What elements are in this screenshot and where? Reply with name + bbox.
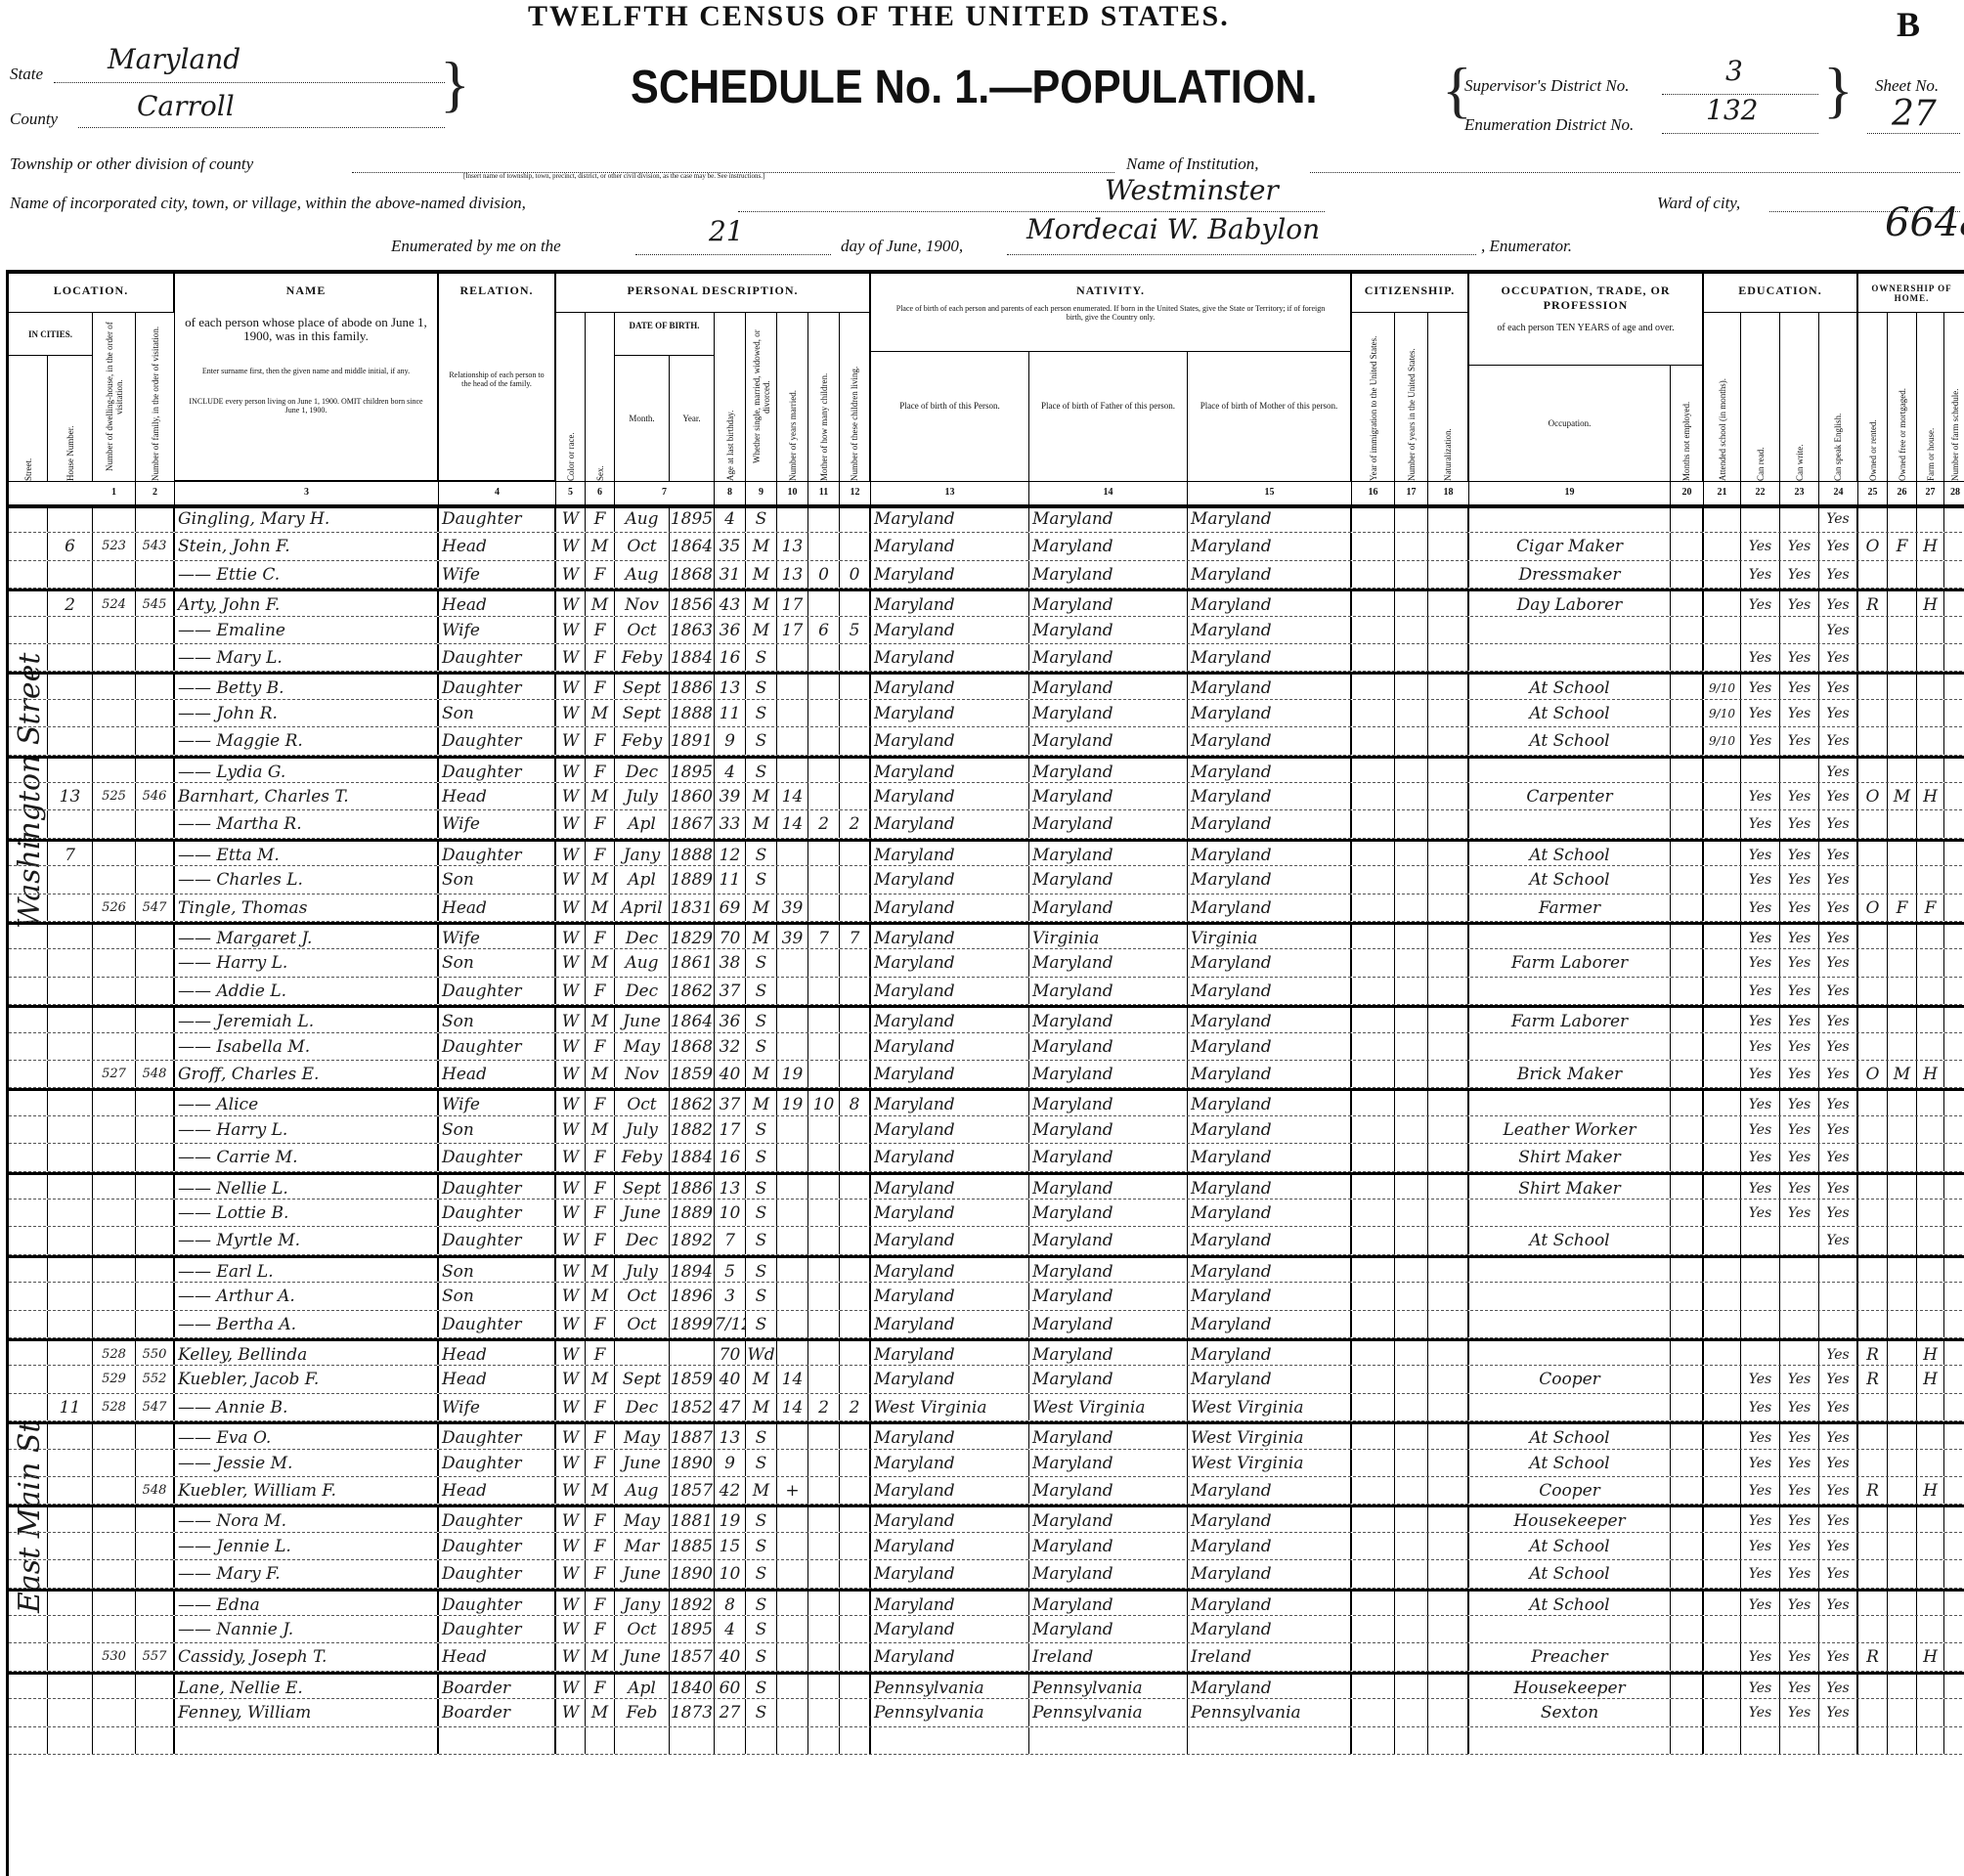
cell-name: —— Maggie R. — [175, 727, 439, 754]
cell-birthplace-mother: Ireland — [1188, 1643, 1352, 1670]
cell-owned-rented — [1858, 561, 1888, 588]
cell-relation: Wife — [439, 925, 556, 948]
cell-relation: Son — [439, 1116, 556, 1143]
cell-marital: S — [746, 1008, 777, 1031]
cell-years-married — [777, 1424, 808, 1448]
cell-can-write — [1780, 1283, 1819, 1309]
cell-birthplace-father: Maryland — [1029, 1008, 1188, 1031]
table-row[interactable]: Gingling, Mary H. Daughter W F Aug 1895 … — [9, 505, 1964, 533]
group-location: LOCATION. — [9, 274, 175, 313]
cell-house-number — [48, 700, 93, 726]
cell-can-read: Yes — [1741, 644, 1780, 671]
cell-farm-house — [1917, 1507, 1944, 1531]
cell-immigration — [1352, 1592, 1395, 1615]
cell-birthplace-father: Maryland — [1029, 1227, 1188, 1253]
cell-children-living — [840, 1227, 871, 1253]
enumerated-day-value: 21 — [709, 215, 744, 247]
table-row[interactable]: —— Lydia G. Daughter W F Dec 1895 4 S Ma… — [9, 756, 1964, 783]
cell-name: Fenney, William — [175, 1699, 439, 1725]
cell-street — [9, 1258, 48, 1282]
cell-can-read — [1741, 1341, 1780, 1365]
cell-can-read: Yes — [1741, 1533, 1780, 1559]
cell-mother-of — [808, 1144, 840, 1170]
cell-dwelling — [93, 617, 136, 643]
cell-age: 4 — [715, 505, 746, 532]
cell-owned-free: M — [1888, 1061, 1917, 1087]
cell-age: 9 — [715, 1450, 746, 1476]
table-row[interactable]: —— Jessie M. Daughter W F June 1890 9 S … — [9, 1450, 1964, 1477]
cell-marital — [746, 1727, 777, 1754]
cell-months-unemployed — [1671, 700, 1704, 726]
cell-owned-rented: O — [1858, 894, 1888, 921]
cell-birthplace-mother: Maryland — [1188, 1144, 1352, 1170]
cell-color: W — [556, 866, 586, 893]
institution-label: Name of Institution, — [1126, 154, 1259, 174]
cell-farm-house — [1917, 1699, 1944, 1725]
table-row[interactable]: —— Earl L. Son W M July 1894 5 S Marylan… — [9, 1255, 1964, 1283]
cell-marital: S — [746, 1311, 777, 1337]
header-birth-mother: Place of birth of Mother of this person. — [1188, 352, 1352, 481]
table-row[interactable]: 6 523 543 Stein, John F. Head W M Oct 18… — [9, 533, 1964, 560]
cell-can-speak: Yes — [1819, 1144, 1858, 1170]
cell-name: —— Jeremiah L. — [175, 1008, 439, 1031]
cell-house-number — [48, 894, 93, 921]
cell-farm-schedule — [1944, 1200, 1964, 1226]
cell-months-unemployed — [1671, 1283, 1704, 1309]
cell-dwelling: 527 — [93, 1061, 136, 1087]
table-row[interactable]: —— Isabella M. Daughter W F May 1868 32 … — [9, 1033, 1964, 1061]
cell-age: 7/12 — [715, 1311, 746, 1337]
cell-occupation: At School — [1469, 1560, 1671, 1587]
cell-dwelling — [93, 1175, 136, 1199]
cell-name: —— Harry L. — [175, 1116, 439, 1143]
cell-can-read — [1741, 1258, 1780, 1282]
table-row[interactable]: —— Addie L. Daughter W F Dec 1862 37 S M… — [9, 978, 1964, 1005]
city-label: Name of incorporated city, town, or vill… — [10, 194, 526, 213]
table-row[interactable]: 13 525 546 Barnhart, Charles T. Head W M… — [9, 783, 1964, 810]
table-row[interactable]: 548 Kuebler, William F. Head W M Aug 185… — [9, 1477, 1964, 1505]
cell-can-write: Yes — [1780, 1592, 1819, 1615]
cell-years-us — [1395, 1200, 1428, 1226]
cell-owned-free — [1888, 1477, 1917, 1504]
cell-street — [9, 810, 48, 837]
table-row[interactable]: 529 552 Kuebler, Jacob F. Head W M Sept … — [9, 1366, 1964, 1393]
cell-farm-schedule — [1944, 1116, 1964, 1143]
cell-birth-month: Nov — [615, 591, 670, 615]
table-row[interactable]: —— Alice Wife W F Oct 1862 37 M 19 10 8 … — [9, 1088, 1964, 1115]
cell-can-speak: Yes — [1819, 1424, 1858, 1448]
township-field[interactable] — [352, 151, 1114, 173]
cell-name: Kelley, Bellinda — [175, 1341, 439, 1365]
cell-relation: Daughter — [439, 1311, 556, 1337]
cell-street — [9, 533, 48, 559]
cell-attended-school — [1704, 1061, 1741, 1087]
cell-attended-school — [1704, 759, 1741, 782]
table-row[interactable]: —— Carrie M. Daughter W F Feby 1884 16 S… — [9, 1144, 1964, 1171]
cell-can-read: Yes — [1741, 727, 1780, 754]
cell-mother-of — [808, 1727, 840, 1754]
cell-birth-year: 1896 — [670, 1283, 715, 1309]
cell-naturalization — [1428, 1507, 1469, 1531]
table-row[interactable] — [9, 1727, 1964, 1755]
cell-attended-school — [1704, 1116, 1741, 1143]
cell-owned-free — [1888, 1727, 1917, 1754]
cell-age: 38 — [715, 949, 746, 976]
cell-can-speak — [1819, 1311, 1858, 1337]
cell-years-married — [777, 727, 808, 754]
cell-owned-free — [1888, 1144, 1917, 1170]
table-row[interactable]: 2 524 545 Arty, John F. Head W M Nov 185… — [9, 589, 1964, 616]
header-can-write: Can write. — [1780, 313, 1819, 481]
table-row[interactable]: —— Eva O. Daughter W F May 1887 13 S Mar… — [9, 1421, 1964, 1449]
cell-sex: F — [586, 810, 615, 837]
cell-sex: M — [586, 1061, 615, 1087]
cell-farm-schedule — [1944, 1560, 1964, 1587]
cell-owned-rented — [1858, 1283, 1888, 1309]
cell-years-married: 19 — [777, 1061, 808, 1087]
cell-years-married — [777, 842, 808, 865]
table-row[interactable]: —— Jeremiah L. Son W M June 1864 36 S Ma… — [9, 1005, 1964, 1032]
table-row[interactable]: —— Lottie B. Daughter W F June 1889 10 S… — [9, 1200, 1964, 1227]
cell-owned-rented — [1858, 1533, 1888, 1559]
table-row[interactable]: 527 548 Groff, Charles E. Head W M Nov 1… — [9, 1061, 1964, 1088]
cell-farm-schedule — [1944, 1175, 1964, 1199]
cell-farm-schedule — [1944, 1450, 1964, 1476]
cell-mother-of — [808, 1533, 840, 1559]
cell-birth-year: 1890 — [670, 1560, 715, 1587]
cell-farm-house — [1917, 1116, 1944, 1143]
cell-marital: S — [746, 866, 777, 893]
cell-house-number — [48, 1450, 93, 1476]
table-row[interactable]: 526 547 Tingle, Thomas Head W M April 18… — [9, 894, 1964, 922]
cell-owned-free — [1888, 1507, 1917, 1531]
cell-birthplace-mother: Maryland — [1188, 727, 1352, 754]
cell-years-us — [1395, 1227, 1428, 1253]
header-can-speak: Can speak English. — [1819, 313, 1858, 481]
cell-street — [9, 1175, 48, 1199]
table-row[interactable]: —— Maggie R. Daughter W F Feby 1891 9 S … — [9, 727, 1964, 755]
table-row[interactable]: 528 550 Kelley, Bellinda Head W F 70 Wd … — [9, 1338, 1964, 1366]
cell-attended-school — [1704, 1592, 1741, 1615]
cell-street — [9, 1424, 48, 1448]
cell-attended-school — [1704, 1675, 1741, 1698]
table-row[interactable]: —— Nellie L. Daughter W F Sept 1886 13 S… — [9, 1172, 1964, 1200]
table-row[interactable]: 530 557 Cassidy, Joseph T. Head W M June… — [9, 1643, 1964, 1671]
cell-can-write: Yes — [1780, 925, 1819, 948]
cell-relation: Daughter — [439, 727, 556, 754]
cell-can-write: Yes — [1780, 894, 1819, 921]
table-row[interactable]: —— Jennie L. Daughter W F Mar 1885 15 S … — [9, 1533, 1964, 1560]
cell-name: —— Carrie M. — [175, 1144, 439, 1170]
cell-age: 17 — [715, 1116, 746, 1143]
cell-occupation — [1469, 1341, 1671, 1365]
cell-years-us — [1395, 561, 1428, 588]
cell-birth-year — [670, 1727, 715, 1754]
cell-birth-month — [615, 1341, 670, 1365]
cell-relation: Son — [439, 1008, 556, 1031]
cell-dwelling — [93, 1507, 136, 1531]
cell-birth-year: 1864 — [670, 1008, 715, 1031]
cell-occupation — [1469, 810, 1671, 837]
table-row[interactable]: —— Bertha A. Daughter W F Oct 1899 7/12 … — [9, 1311, 1964, 1338]
cell-street — [9, 700, 48, 726]
cell-owned-rented — [1858, 949, 1888, 976]
cell-children-living — [840, 1061, 871, 1087]
cell-birthplace-mother: Virginia — [1188, 925, 1352, 948]
cell-months-unemployed — [1671, 727, 1704, 754]
cell-children-living — [840, 1175, 871, 1199]
cell-birth-year: 1890 — [670, 1450, 715, 1476]
cell-years-married — [777, 1560, 808, 1587]
cell-can-write: Yes — [1780, 1450, 1819, 1476]
cell-attended-school — [1704, 617, 1741, 643]
cell-can-read: Yes — [1741, 1643, 1780, 1670]
cell-occupation — [1469, 1394, 1671, 1420]
table-row[interactable]: 7 —— Etta M. Daughter W F Jany 1888 12 S… — [9, 839, 1964, 866]
cell-name: Arty, John F. — [175, 591, 439, 615]
cell-can-speak: Yes — [1819, 1341, 1858, 1365]
cell-dwelling — [93, 1616, 136, 1642]
cell-sex: M — [586, 1699, 615, 1725]
table-row[interactable]: —— Martha R. Wife W F Apl 1867 33 M 14 2… — [9, 810, 1964, 838]
cell-farm-house — [1917, 978, 1944, 1004]
cell-birthplace-mother: Pennsylvania — [1188, 1699, 1352, 1725]
table-row[interactable]: —— Nannie J. Daughter W F Oct 1895 4 S M… — [9, 1616, 1964, 1643]
cell-farm-house: H — [1917, 591, 1944, 615]
cell-birthplace-father: Maryland — [1029, 591, 1188, 615]
table-row[interactable]: Fenney, William Boarder W M Feb 1873 27 … — [9, 1699, 1964, 1726]
cell-attended-school — [1704, 1033, 1741, 1060]
cell-birthplace-mother: Maryland — [1188, 1061, 1352, 1087]
cell-can-speak: Yes — [1819, 1394, 1858, 1420]
cell-house-number — [48, 1424, 93, 1448]
cell-farm-house — [1917, 1616, 1944, 1642]
cell-attended-school — [1704, 1283, 1741, 1309]
cell-dwelling — [93, 1033, 136, 1060]
cell-color: W — [556, 617, 586, 643]
cell-attended-school: 9/10 — [1704, 727, 1741, 754]
cell-months-unemployed — [1671, 1592, 1704, 1615]
table-row[interactable]: —— Arthur A. Son W M Oct 1896 3 S Maryla… — [9, 1283, 1964, 1310]
cell-age: 35 — [715, 533, 746, 559]
cell-farm-schedule — [1944, 1533, 1964, 1559]
cell-relation: Daughter — [439, 842, 556, 865]
ed-value: 132 — [1706, 94, 1758, 126]
cell-color: W — [556, 727, 586, 754]
cell-can-write — [1780, 1341, 1819, 1365]
table-row[interactable]: —— Myrtle M. Daughter W F Dec 1892 7 S M… — [9, 1227, 1964, 1254]
cell-dwelling — [93, 700, 136, 726]
cell-years-us — [1395, 1008, 1428, 1031]
cell-can-speak: Yes — [1819, 1477, 1858, 1504]
table-row[interactable]: —— Emaline Wife W F Oct 1863 36 M 17 6 5… — [9, 617, 1964, 644]
header-month: Month. — [615, 356, 670, 481]
cell-naturalization — [1428, 1008, 1469, 1031]
cell-months-unemployed — [1671, 1061, 1704, 1087]
cell-sex: F — [586, 978, 615, 1004]
cell-owned-rented — [1858, 842, 1888, 865]
cell-name: —— Annie B. — [175, 1394, 439, 1420]
cell-name: Kuebler, Jacob F. — [175, 1366, 439, 1392]
cell-owned-free — [1888, 561, 1917, 588]
cell-house-number — [48, 1477, 93, 1504]
cell-mother-of — [808, 700, 840, 726]
cell-years-us — [1395, 978, 1428, 1004]
cell-birthplace-person: Maryland — [871, 949, 1029, 976]
cell-street — [9, 1533, 48, 1559]
institution-field[interactable] — [1310, 151, 1960, 173]
table-row[interactable]: —— Nora M. Daughter W F May 1881 19 S Ma… — [9, 1505, 1964, 1532]
cell-children-living — [840, 1311, 871, 1337]
cell-months-unemployed — [1671, 842, 1704, 865]
cell-marital: S — [746, 700, 777, 726]
cell-owned-rented — [1858, 1675, 1888, 1698]
cell-can-write — [1780, 617, 1819, 643]
cell-family — [136, 842, 175, 865]
cell-birthplace-person: Maryland — [871, 925, 1029, 948]
cell-age: 8 — [715, 1592, 746, 1615]
cell-birthplace-person: Pennsylvania — [871, 1675, 1029, 1698]
cell-immigration — [1352, 591, 1395, 615]
cell-owned-rented — [1858, 1258, 1888, 1282]
header-owned-rented: Owned or rented. — [1858, 313, 1888, 481]
cell-family — [136, 1008, 175, 1031]
table-row[interactable]: —— Harry L. Son W M July 1882 17 S Maryl… — [9, 1116, 1964, 1144]
cell-children-living — [840, 1675, 871, 1698]
cell-owned-free — [1888, 759, 1917, 782]
table-row[interactable]: —— Mary F. Daughter W F June 1890 10 S M… — [9, 1560, 1964, 1588]
cell-farm-house — [1917, 505, 1944, 532]
cell-mother-of — [808, 783, 840, 809]
cell-birthplace-mother: Maryland — [1188, 810, 1352, 837]
cell-naturalization — [1428, 1311, 1469, 1337]
cell-birthplace-person: Maryland — [871, 1144, 1029, 1170]
cell-owned-free — [1888, 1560, 1917, 1587]
cell-street — [9, 1200, 48, 1226]
cell-birth-month: April — [615, 894, 670, 921]
table-row[interactable]: Lane, Nellie E. Boarder W F Apl 1840 60 … — [9, 1672, 1964, 1699]
form-letter: B — [1897, 4, 1920, 45]
cell-color: W — [556, 644, 586, 671]
cell-months-unemployed — [1671, 949, 1704, 976]
cell-can-speak: Yes — [1819, 894, 1858, 921]
cell-dwelling: 529 — [93, 1366, 136, 1392]
cell-attended-school — [1704, 505, 1741, 532]
cell-street — [9, 1394, 48, 1420]
cell-birth-year: 1857 — [670, 1643, 715, 1670]
cell-occupation — [1469, 1200, 1671, 1226]
cell-house-number — [48, 866, 93, 893]
cell-can-read: Yes — [1741, 1424, 1780, 1448]
cell-birth-month: Oct — [615, 617, 670, 643]
cell-months-unemployed — [1671, 1091, 1704, 1114]
cell-naturalization — [1428, 1116, 1469, 1143]
cell-years-married — [777, 1616, 808, 1642]
cell-owned-rented — [1858, 1507, 1888, 1531]
cell-sex: M — [586, 1258, 615, 1282]
cell-farm-schedule — [1944, 842, 1964, 865]
cell-mother-of — [808, 1450, 840, 1476]
cell-birth-month: Sept — [615, 675, 670, 698]
cell-months-unemployed — [1671, 1200, 1704, 1226]
cell-sex: F — [586, 1450, 615, 1476]
group-occupation: OCCUPATION, TRADE, OR PROFESSION of each… — [1469, 274, 1704, 366]
cell-children-living — [840, 949, 871, 976]
cell-family — [136, 1311, 175, 1337]
cell-sex: F — [586, 1144, 615, 1170]
cell-farm-house — [1917, 561, 1944, 588]
cell-house-number: 7 — [48, 842, 93, 865]
cell-years-us — [1395, 1341, 1428, 1365]
cell-relation: Daughter — [439, 1144, 556, 1170]
table-row[interactable]: —— Charles L. Son W M Apl 1889 11 S Mary… — [9, 866, 1964, 894]
cell-years-married: 17 — [777, 591, 808, 615]
cell-occupation: At School — [1469, 675, 1671, 698]
cell-attended-school — [1704, 1227, 1741, 1253]
cell-naturalization — [1428, 1560, 1469, 1587]
cell-birthplace-person: Maryland — [871, 1592, 1029, 1615]
cell-birth-month: Aug — [615, 1477, 670, 1504]
cell-years-us — [1395, 617, 1428, 643]
cell-attended-school — [1704, 1200, 1741, 1226]
cell-birthplace-mother: Maryland — [1188, 1175, 1352, 1199]
cell-marital: M — [746, 1394, 777, 1420]
cell-color: W — [556, 561, 586, 588]
cell-street — [9, 1311, 48, 1337]
table-row[interactable]: —— Betty B. Daughter W F Sept 1886 13 S … — [9, 672, 1964, 699]
population-table: LOCATION. NAME of each person whose plac… — [6, 270, 1964, 1876]
cell-family — [136, 675, 175, 698]
cell-can-read: Yes — [1741, 1394, 1780, 1420]
cell-immigration — [1352, 894, 1395, 921]
cell-relation: Daughter — [439, 1560, 556, 1587]
cell-name: Kuebler, William F. — [175, 1477, 439, 1504]
cell-years-us — [1395, 644, 1428, 671]
table-row[interactable]: 11 528 547 —— Annie B. Wife W F Dec 1852… — [9, 1394, 1964, 1421]
county-field[interactable] — [78, 106, 445, 128]
cell-months-unemployed — [1671, 1144, 1704, 1170]
cell-relation: Daughter — [439, 675, 556, 698]
cell-years-us — [1395, 1477, 1428, 1504]
cell-birth-year: 1840 — [670, 1675, 715, 1698]
cell-marital: S — [746, 1507, 777, 1531]
cell-birthplace-person: Maryland — [871, 1560, 1029, 1587]
cell-mother-of: 10 — [808, 1091, 840, 1114]
cell-farm-schedule — [1944, 1144, 1964, 1170]
table-row[interactable]: —— Harry L. Son W M Aug 1861 38 S Maryla… — [9, 949, 1964, 977]
table-row[interactable]: —— John R. Son W M Sept 1888 11 S Maryla… — [9, 700, 1964, 727]
cell-immigration — [1352, 727, 1395, 754]
cell-mother-of — [808, 1477, 840, 1504]
cell-attended-school — [1704, 561, 1741, 588]
cell-farm-schedule — [1944, 617, 1964, 643]
cell-can-speak: Yes — [1819, 842, 1858, 865]
table-row[interactable]: —— Margaret J. Wife W F Dec 1829 70 M 39… — [9, 922, 1964, 949]
cell-birthplace-mother: Maryland — [1188, 866, 1352, 893]
cell-family: 547 — [136, 1394, 175, 1420]
cell-dwelling — [93, 925, 136, 948]
cell-immigration — [1352, 783, 1395, 809]
table-row[interactable]: —— Edna Daughter W F Jany 1892 8 S Maryl… — [9, 1589, 1964, 1616]
table-row[interactable]: —— Ettie C. Wife W F Aug 1868 31 M 13 0 … — [9, 561, 1964, 589]
table-row[interactable]: —— Mary L. Daughter W F Feby 1884 16 S M… — [9, 644, 1964, 672]
cell-name: —— Charles L. — [175, 866, 439, 893]
cell-farm-house: H — [1917, 1341, 1944, 1365]
cell-naturalization — [1428, 1200, 1469, 1226]
cell-birthplace-father: Maryland — [1029, 866, 1188, 893]
cell-owned-rented — [1858, 925, 1888, 948]
cell-owned-free — [1888, 866, 1917, 893]
